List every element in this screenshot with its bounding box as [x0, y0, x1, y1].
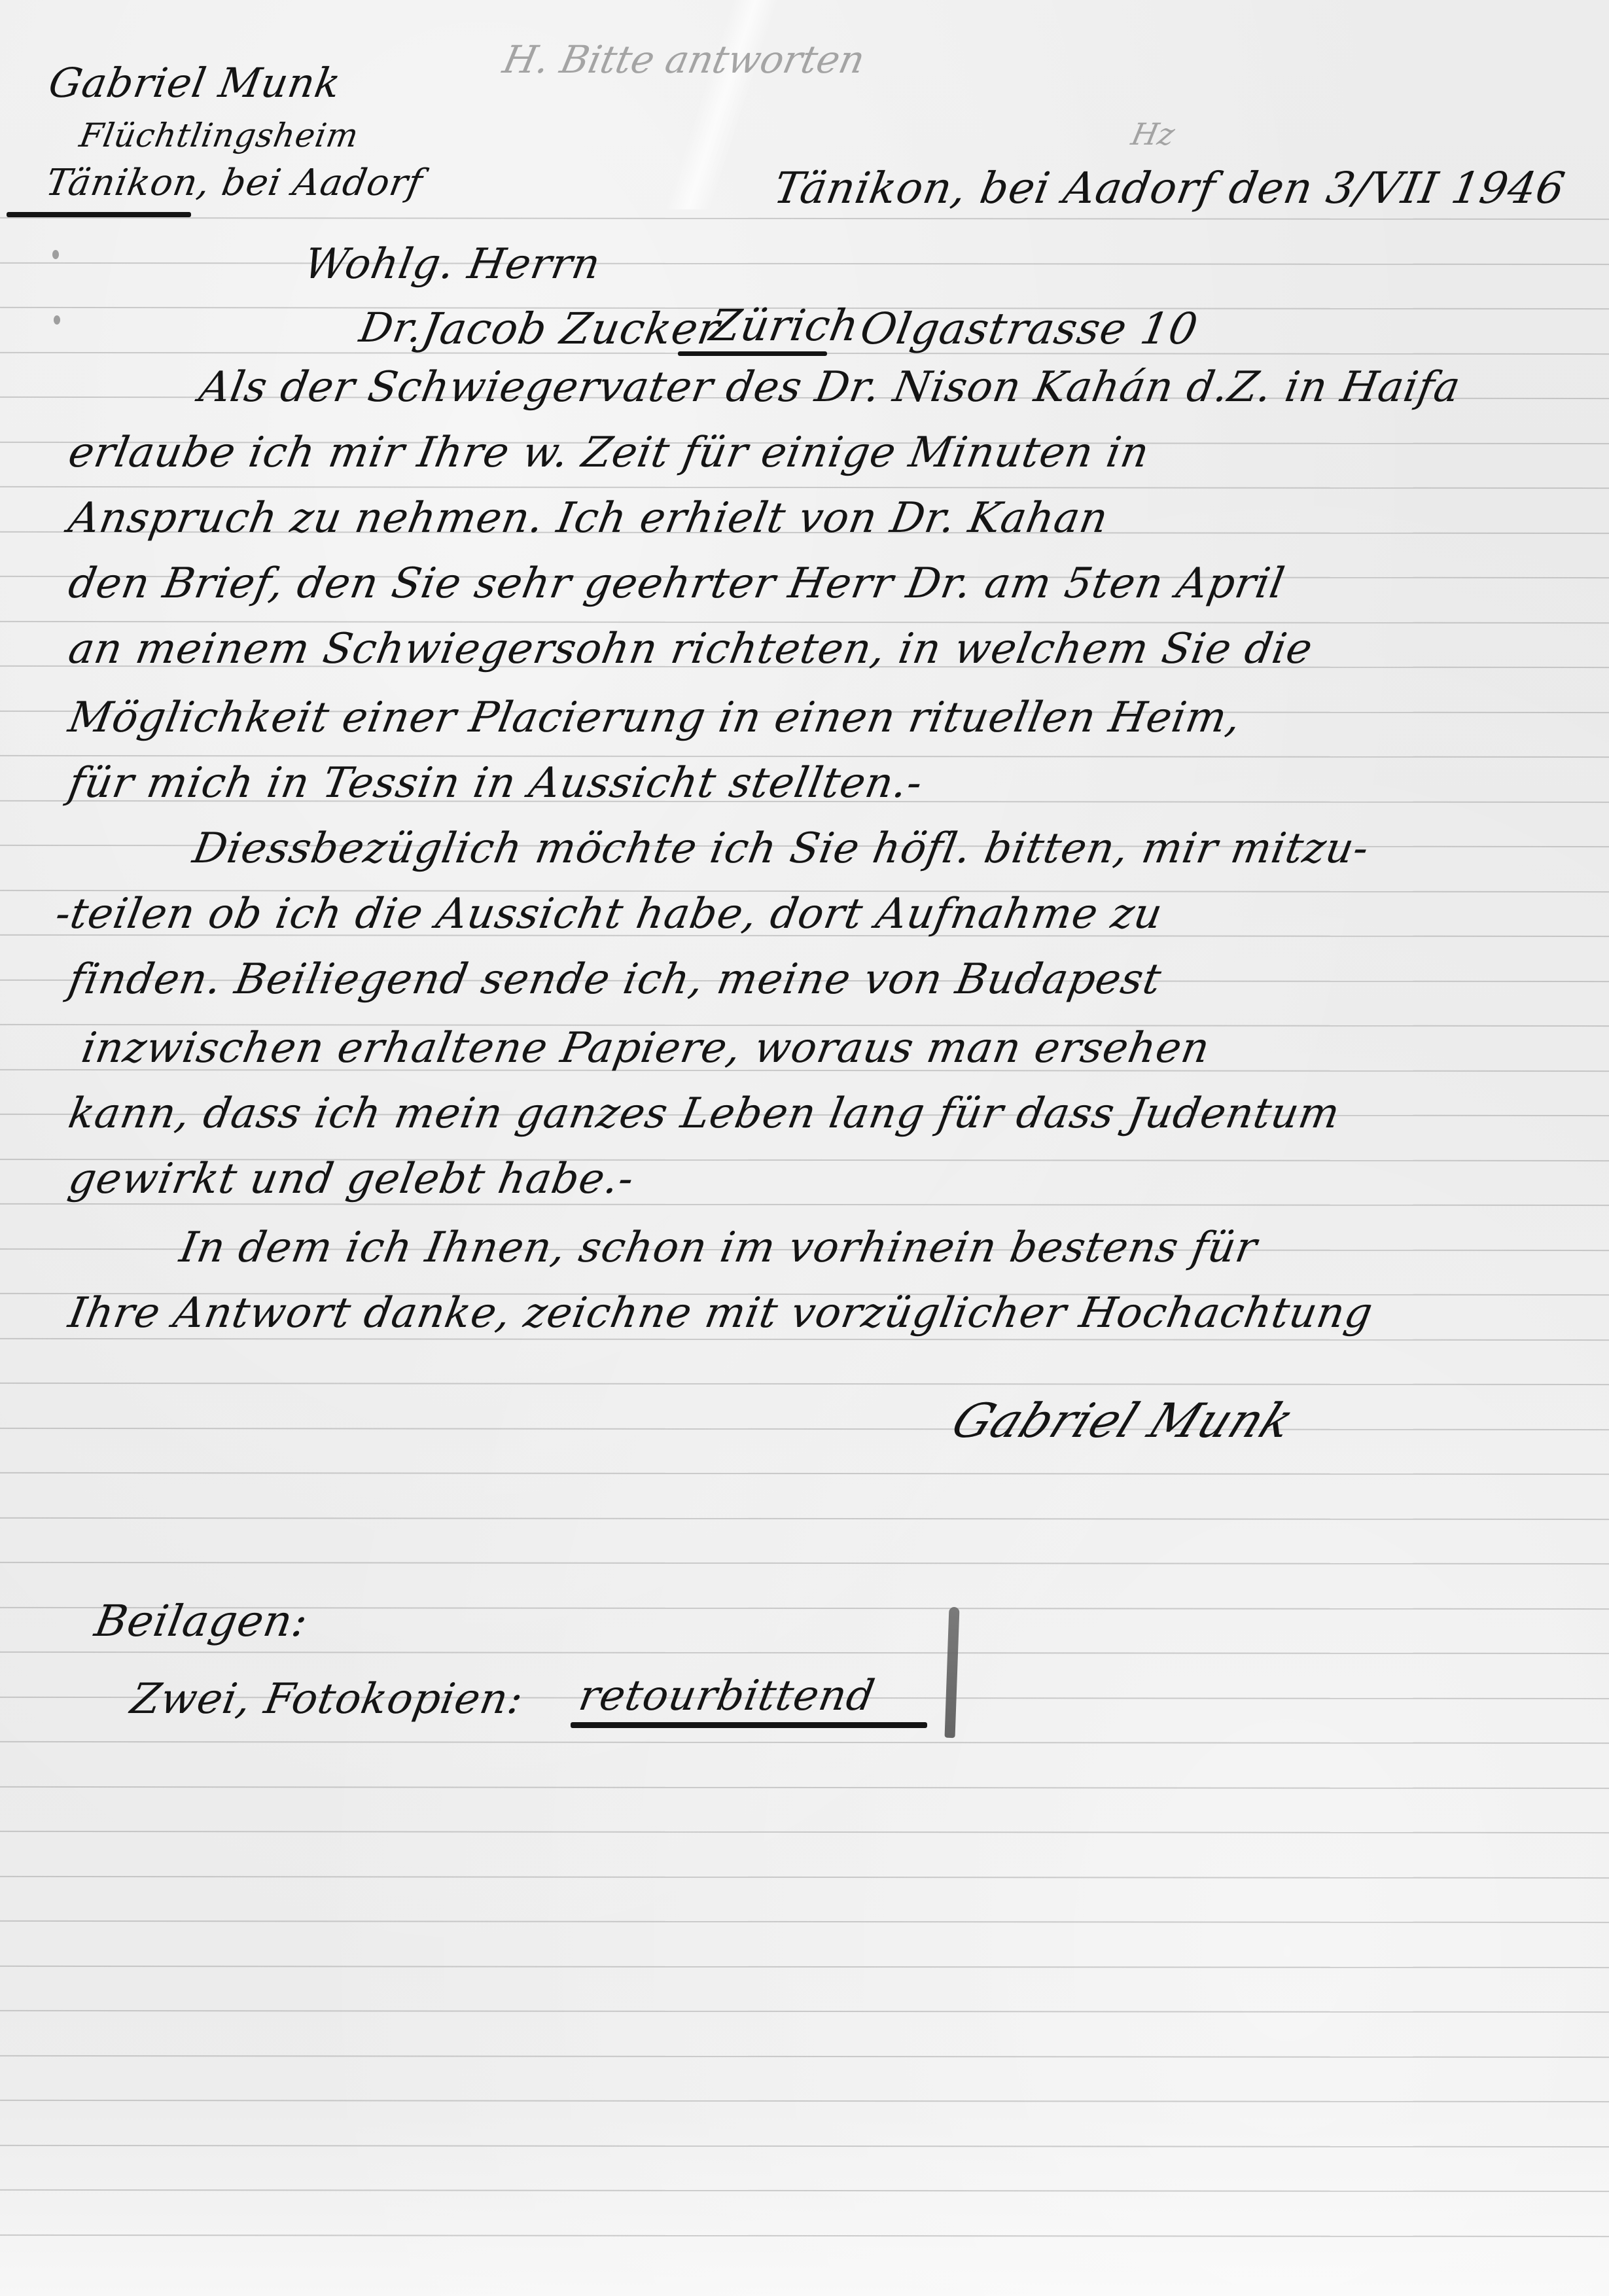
body-line: Möglichkeit einer Placierung in einen ri…	[65, 697, 1245, 739]
ruled-line	[0, 262, 1609, 265]
recipient-city: Zürich	[707, 304, 862, 347]
ruled-line	[0, 1831, 1609, 1833]
sender-address: Tänikon, bei Aadorf	[43, 165, 425, 202]
ruled-line	[0, 1472, 1609, 1475]
body-line: finden. Beiliegend sende ich, meine von …	[65, 959, 1165, 1000]
ruled-line	[0, 1741, 1609, 1744]
body-line: Ihre Antwort danke, zeichne mit vorzügli…	[65, 1292, 1376, 1334]
recipient-street: Olgastrasse 10	[857, 308, 1201, 351]
recipient-city-underline	[678, 351, 827, 356]
signature: Gabriel Munk	[946, 1397, 1301, 1444]
staple-mark	[52, 250, 59, 259]
sender-institution: Flüchtlingsheim	[77, 119, 361, 152]
ruled-line	[0, 1383, 1609, 1385]
ruled-line	[0, 1517, 1609, 1520]
recipient-title: Dr.	[357, 308, 426, 348]
body-line: an meinem Schwiegersohn richteten, in we…	[65, 628, 1316, 670]
staple-mark	[54, 315, 60, 325]
body-line: für mich in Tessin in Aussicht stellten.…	[65, 762, 926, 804]
ruled-line	[0, 2234, 1609, 2237]
body-line: Anspruch zu nehmen. Ich erhielt von Dr. …	[65, 497, 1111, 539]
body-line: Als der Schwiegervater des Dr. Nison Kah…	[196, 366, 1464, 408]
body-line: gewirkt und gelebt habe.-	[65, 1158, 637, 1200]
ruled-line	[0, 2010, 1609, 2013]
ruled-line	[0, 621, 1609, 624]
sender-underline	[7, 212, 191, 217]
body-line: -teilen ob ich die Aussicht habe, dort A…	[52, 893, 1166, 935]
body-line: kann, dass ich mein ganzes Leben lang fü…	[65, 1093, 1343, 1135]
ruled-line	[0, 2055, 1609, 2058]
body-line: inzwischen erhaltene Papiere, woraus man…	[79, 1027, 1213, 1069]
enclosure-item-label: Zwei, Fotokopien:	[128, 1678, 527, 1720]
body-line: In dem ich Ihnen, schon im vorhinein bes…	[177, 1227, 1260, 1269]
sender-name: Gabriel Munk	[46, 63, 344, 103]
enclosures-heading: Beilagen:	[92, 1600, 311, 1643]
ruled-line	[0, 1966, 1609, 1968]
ink-mark-vertical	[945, 1607, 960, 1738]
ruled-line	[0, 1786, 1609, 1789]
body-line: den Brief, den Sie sehr geehrter Herr Dr…	[65, 563, 1288, 605]
place-date: Tänikon, bei Aadorf den 3/VII 1946	[771, 167, 1568, 210]
enclosure-note-underline	[571, 1722, 927, 1728]
pencil-initials: Hz	[1129, 119, 1177, 149]
paper-fold-crease	[665, 0, 779, 209]
ruled-line	[0, 1203, 1609, 1206]
enclosure-item-note: retourbittend	[576, 1675, 878, 1717]
ruled-line	[0, 1338, 1609, 1341]
recipient-name: Jacob Zucker	[419, 308, 723, 351]
ruled-line	[0, 755, 1609, 758]
body-line: Diessbezüglich möchte ich Sie höfl. bitt…	[190, 828, 1372, 870]
ruled-line	[0, 1428, 1609, 1430]
ruled-line	[0, 2189, 1609, 2192]
ruled-line	[0, 1920, 1609, 1923]
ruled-line	[0, 2145, 1609, 2147]
letter-paper: H. Bitte antworten Hz Gabriel Munk Flüch…	[0, 0, 1609, 2296]
ruled-line	[0, 217, 1609, 220]
body-line: erlaube ich mir Ihre w. Zeit für einige …	[65, 432, 1152, 474]
ruled-line	[0, 486, 1609, 489]
ruled-line	[0, 1562, 1609, 1564]
salutation: Wohlg. Herrn	[301, 243, 604, 285]
ruled-line	[0, 1876, 1609, 1879]
ruled-line	[0, 2100, 1609, 2102]
ruled-line	[0, 1651, 1609, 1654]
pencil-annotation-top: H. Bitte antworten	[500, 41, 868, 79]
